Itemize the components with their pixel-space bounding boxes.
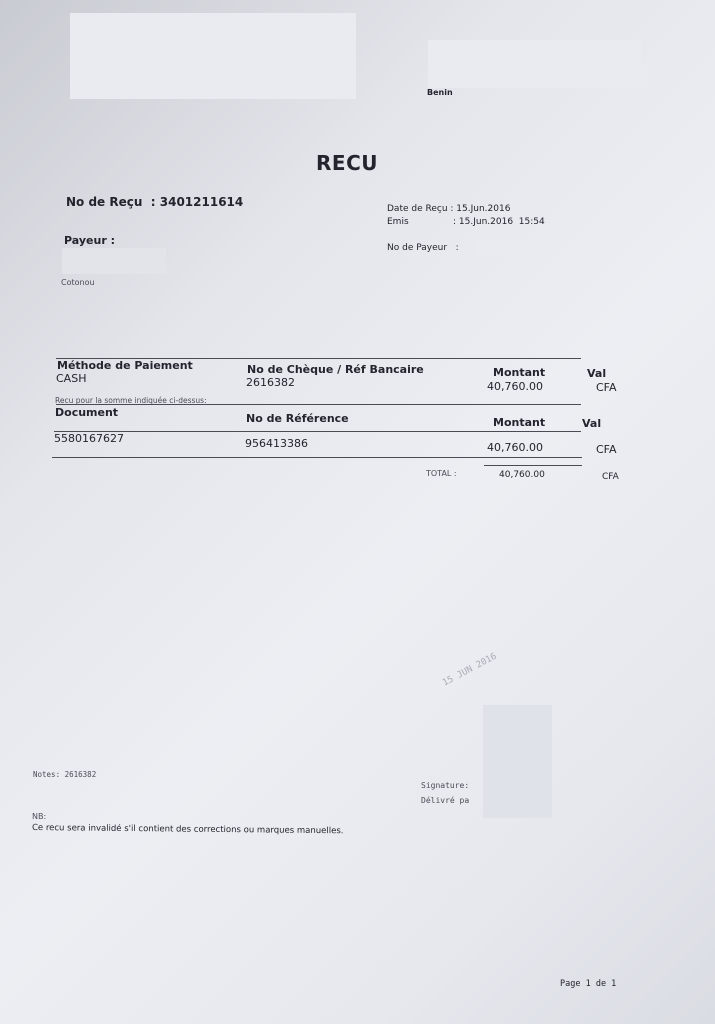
document-amount: 40,760.00 — [487, 441, 543, 454]
delivered-label: Délivré pa — [421, 796, 469, 805]
receipt-number-value: 3401211614 — [160, 195, 244, 209]
payment-method: CASH — [56, 372, 86, 385]
notes: Notes: 2616382 — [33, 770, 96, 779]
country: Benin — [427, 88, 453, 97]
issued-value: 15.Jun.2016 15:54 — [459, 217, 545, 227]
document-number: 5580167627 — [54, 432, 124, 445]
signature-label: Signature: — [421, 781, 469, 790]
total-amount: 40,760.00 — [499, 470, 545, 480]
nb-label: NB: — [32, 812, 46, 821]
receipt-date-label: Date de Reçu — [387, 204, 448, 214]
redacted-payer-name — [62, 248, 166, 274]
col-document-header: Document — [55, 406, 118, 419]
payment-amount: 40,760.00 — [487, 380, 543, 393]
divider — [56, 404, 581, 405]
total-divider — [484, 465, 582, 466]
nb-text: Ce recu sera invalidé s'il contient des … — [32, 823, 344, 836]
col-amount-header: Montant — [493, 366, 545, 379]
col-doc-amount-header: Montant — [493, 416, 545, 429]
payment-currency: CFA — [596, 381, 617, 394]
receipt-number: No de Reçu : 3401211614 — [66, 195, 243, 209]
col-method-header: Méthode de Paiement — [57, 359, 193, 372]
receipt-number-label: No de Reçu — [66, 195, 142, 209]
redacted-payer-number — [478, 241, 534, 256]
issued-label: Emis — [387, 217, 453, 227]
page-title: RECU — [316, 151, 378, 175]
col-reference-header: No de Référence — [246, 412, 349, 425]
col-ref-header: No de Chèque / Réf Bancaire — [247, 363, 424, 376]
payer-number-label: No de Payeur — [387, 243, 447, 253]
payer-city: Cotonou — [61, 278, 95, 287]
total-label: TOTAL : — [426, 469, 457, 478]
payer-label: Payeur : — [64, 234, 115, 247]
divider — [54, 431, 581, 432]
receipt-date-value: 15.Jun.2016 — [456, 204, 510, 214]
reference-number: 956413386 — [245, 437, 308, 450]
payment-ref: 2616382 — [246, 376, 295, 389]
col-doc-currency-header: Val — [582, 417, 601, 430]
issued-date: Emis: 15.Jun.2016 15:54 — [387, 217, 545, 227]
divider — [52, 457, 582, 458]
redacted-signature — [483, 705, 552, 818]
redacted-address — [428, 40, 641, 88]
payer-number: No de Payeur : — [387, 243, 459, 253]
total-currency: CFA — [602, 472, 619, 482]
date-stamp: 15 JUN 2016 — [441, 652, 498, 689]
receipt-date: Date de Reçu : 15.Jun.2016 — [387, 204, 510, 214]
redacted-logo — [70, 13, 356, 99]
document-currency: CFA — [596, 443, 617, 456]
col-currency-header: Val — [587, 367, 606, 380]
page-number: Page 1 de 1 — [560, 979, 616, 989]
